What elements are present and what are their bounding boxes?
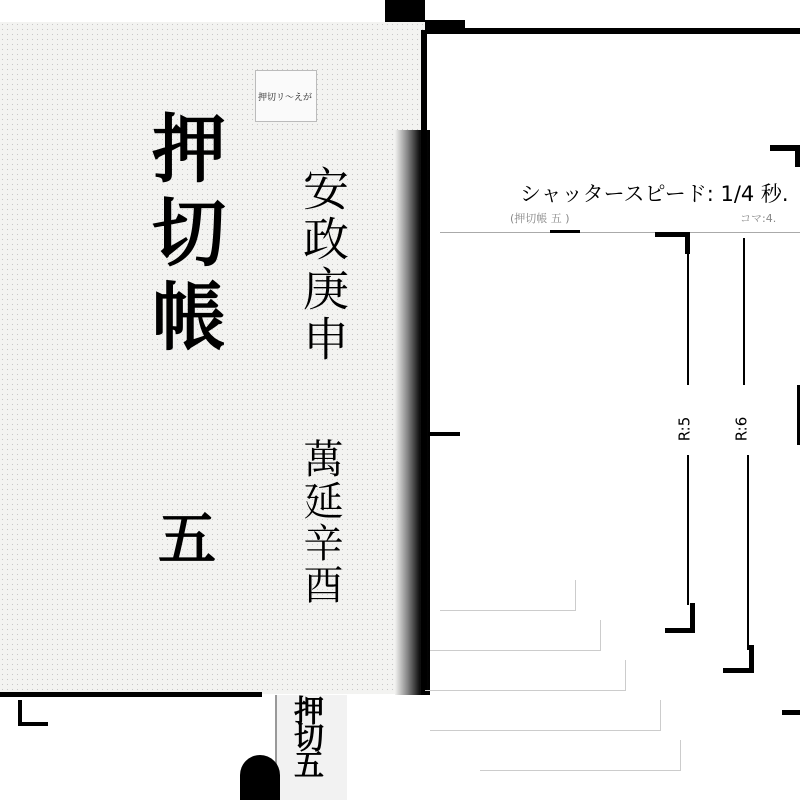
spine-label-text: 押切五 xyxy=(283,695,327,776)
r6-line xyxy=(743,238,745,385)
r5-label: R:5 xyxy=(675,417,693,442)
r5-bottom-bracket xyxy=(665,628,695,633)
era-manen: 萬延辛酉 xyxy=(292,438,349,606)
tick-mark xyxy=(428,432,460,436)
volume-number: 五 xyxy=(140,508,224,566)
era-ansei: 安政庚申 xyxy=(290,165,356,365)
page-edge xyxy=(425,660,626,691)
frame-top-edge xyxy=(425,28,800,34)
corner-mark xyxy=(18,722,48,726)
cover-edge xyxy=(421,30,427,695)
page-edge xyxy=(430,620,601,651)
corner-mark xyxy=(795,145,800,167)
thumb-shadow xyxy=(240,755,280,800)
corner-mark xyxy=(782,710,800,715)
page-edge xyxy=(440,580,576,611)
slate-rule xyxy=(440,232,800,233)
r5-line xyxy=(687,455,689,605)
r5-line xyxy=(687,250,689,385)
page-edge xyxy=(480,740,681,771)
slate-subtitle-right: コマ:4. xyxy=(740,210,776,226)
page-edge xyxy=(430,700,661,731)
r6-label: R:6 xyxy=(732,417,750,442)
cover-bottom-edge xyxy=(0,692,262,697)
document-title: 押切帳 xyxy=(130,110,236,362)
paper-tag-text: 押切リ～えが xyxy=(258,90,312,103)
slate-subtitle-left: (押切帳 五 ) xyxy=(510,210,570,226)
r6-bottom-bracket xyxy=(723,668,754,673)
shutter-speed-line: シャッタースピード: 1/4 秒. 絞り: 8 xyxy=(520,178,800,208)
slate-underline xyxy=(550,230,580,233)
r6-line xyxy=(747,455,749,650)
shutter-label: シャッタースピード: xyxy=(520,182,714,206)
shutter-value: 1/4 秒. xyxy=(720,182,788,206)
